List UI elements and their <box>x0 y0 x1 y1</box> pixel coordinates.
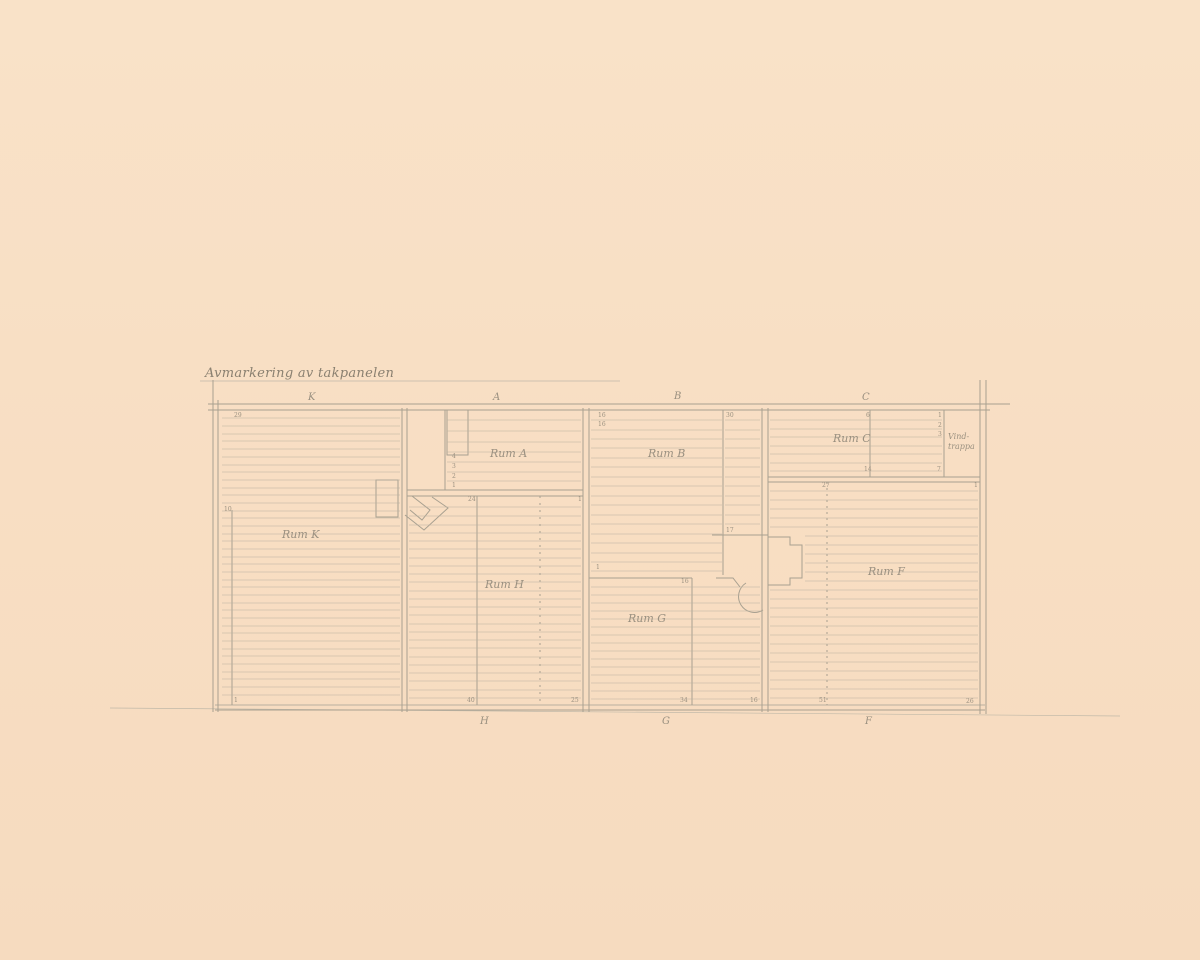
room-label-stair: Vind-trappa <box>948 432 976 452</box>
num-a-step-4: 4 <box>452 453 456 460</box>
num-b-right-top: 30 <box>726 412 734 419</box>
num-a-step-1: 1 <box>452 482 456 489</box>
num-c-right-2: 2 <box>938 422 942 429</box>
num-h-top-left: 24 <box>468 496 476 503</box>
room-label-f: Rum F <box>868 565 905 578</box>
num-c-left-bottom: 14 <box>864 466 872 473</box>
num-b-right-bottom: 17 <box>726 527 734 534</box>
num-f-bottom-right: 26 <box>966 698 974 705</box>
room-label-b: Rum B <box>648 447 685 460</box>
num-f-top-right: 1 <box>974 482 978 489</box>
num-k-mid: 10 <box>224 506 232 513</box>
room-label-a: Rum A <box>490 447 527 460</box>
num-c-right-3: 3 <box>938 431 942 438</box>
room-label-h: Rum H <box>485 578 524 591</box>
num-g-top: 16 <box>681 578 689 585</box>
num-f-top-left: 27 <box>822 482 830 489</box>
num-c-right-1: 1 <box>938 412 942 419</box>
num-k-top: 29 <box>234 412 242 419</box>
num-h-bottom-right: 25 <box>571 697 579 704</box>
top-label-b: B <box>674 391 681 402</box>
num-g-left: 1 <box>596 564 600 571</box>
top-label-a: A <box>493 392 500 403</box>
bottom-label-g: G <box>662 716 670 727</box>
num-k-bottom: 1 <box>234 697 238 704</box>
num-b-top-2: 16 <box>598 421 606 428</box>
num-g-bottom-left: 34 <box>680 697 688 704</box>
num-h-bottom-left: 40 <box>467 697 475 704</box>
top-label-c: C <box>862 392 870 403</box>
top-label-k: K <box>308 392 315 403</box>
num-b-top-1: 16 <box>598 412 606 419</box>
floor-plan-drawing <box>0 0 1200 960</box>
bottom-label-h: H <box>480 716 489 727</box>
num-a-step-3: 3 <box>452 463 456 470</box>
num-c-right-7: 7 <box>937 466 941 473</box>
num-a-step-2: 2 <box>452 473 456 480</box>
room-label-c: Rum C <box>833 432 871 445</box>
drawing-title: Avmarkering av takpanelen <box>205 366 394 381</box>
bottom-label-f: F <box>865 716 872 727</box>
num-h-top-right: 1 <box>578 496 582 503</box>
room-label-g: Rum G <box>628 612 666 625</box>
num-c-left-top: 6 <box>866 412 870 419</box>
room-label-k: Rum K <box>282 528 320 541</box>
num-f-bottom-left: 51 <box>819 697 827 704</box>
num-g-bottom-right: 16 <box>750 697 758 704</box>
